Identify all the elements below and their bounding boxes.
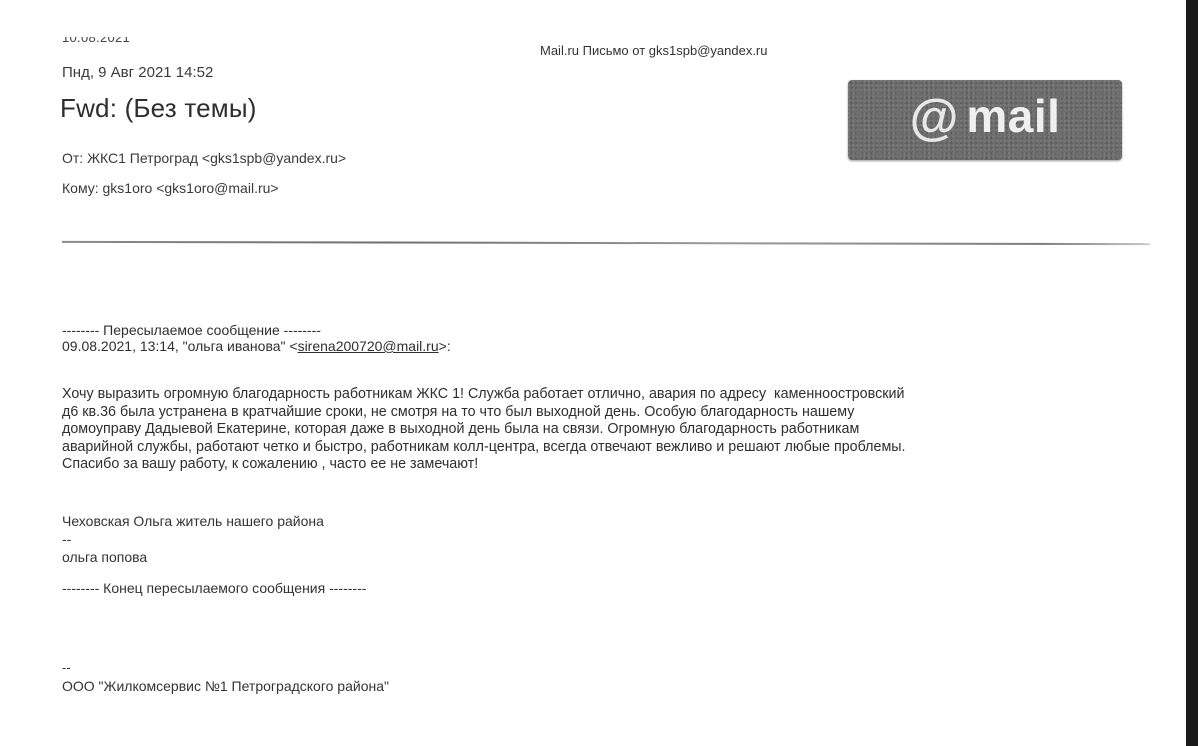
footer-organization: ООО "Жилкомсервис №1 Петроградского райо… — [62, 678, 389, 694]
message-signature: Чеховская Ольга житель нашего района -- … — [62, 512, 324, 566]
mail-ru-logo: @ mail — [848, 80, 1122, 160]
header-separator — [62, 241, 1150, 245]
email-subject: Fwd: (Без темы) — [60, 93, 257, 124]
body-line: д6 кв.36 была устранена в кратчайшие сро… — [62, 404, 1152, 422]
signature-line: ольга попова — [62, 548, 324, 566]
footer-separator: -- — [62, 660, 71, 675]
forward-meta-suffix: >: — [439, 338, 451, 354]
from-line: От: ЖКС1 Петроград <gks1spb@yandex.ru> — [62, 150, 346, 166]
printed-email-page: 10.08.2021 Mail.ru Письмо от gks1spb@yan… — [0, 0, 1186, 746]
body-line: Спасибо за вашу работу, к сожалению , ча… — [62, 456, 1152, 474]
message-body: Хочу выразить огромную благодарность раб… — [62, 386, 1152, 474]
forward-start-marker: -------- Пересылаемое сообщение -------- — [62, 322, 1162, 338]
body-line: Хочу выразить огромную благодарность раб… — [62, 386, 1152, 404]
scan-edge — [1186, 0, 1198, 746]
sender-email-link[interactable]: sirena200720@mail.ru — [298, 338, 439, 354]
print-date: 10.08.2021 — [62, 30, 130, 45]
forward-meta-prefix: 09.08.2021, 13:14, "ольга иванова" < — [62, 338, 298, 354]
logo-text: mail — [966, 93, 1060, 139]
sent-date: Пнд, 9 Авг 2021 14:52 — [62, 64, 213, 81]
forward-end-marker: -------- Конец пересылаемого сообщения -… — [62, 580, 366, 596]
body-line: домоуправу Дадыевой Екатерине, которая д… — [62, 421, 1152, 439]
signature-line: Чеховская Ольга житель нашего района — [62, 512, 324, 530]
forwarded-header: -------- Пересылаемое сообщение --------… — [62, 322, 1162, 354]
to-line: Кому: gks1oro <gks1oro@mail.ru> — [62, 180, 279, 196]
signature-separator: -- — [62, 530, 324, 548]
forward-meta: 09.08.2021, 13:14, "ольга иванова" <sire… — [62, 338, 1162, 354]
print-title: Mail.ru Письмо от gks1spb@yandex.ru — [540, 43, 768, 58]
at-sign-icon: @ — [910, 92, 959, 142]
body-line: аварийной службы, работают четко и быстр… — [62, 439, 1152, 457]
